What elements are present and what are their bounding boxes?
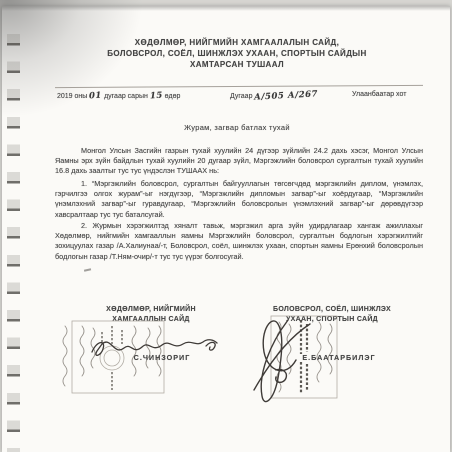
- header-divider: [55, 85, 423, 88]
- document-title: Журам, загвар батлах тухай: [72, 123, 402, 132]
- city-label: Улаанбаатар хот: [352, 91, 406, 98]
- year-label: 2019 оны: [57, 93, 87, 100]
- scanned-document: ХӨДӨЛМӨР, НИЙГМИЙН ХАМГААЛАЛЫН САЙД, БОЛ…: [0, 0, 452, 452]
- document-header: ХӨДӨЛМӨР, НИЙГМИЙН ХАМГААЛАЛЫН САЙД, БОЛ…: [72, 38, 402, 70]
- header-line-3: ХАМТАРСАН ТУШААЛ: [72, 60, 402, 71]
- scan-mark-artifact: [84, 268, 91, 271]
- paragraph-preamble: Монгол Улсын Засгийн газрын тухай хуулий…: [55, 146, 423, 177]
- right-signatory-name: Е.БААТАРБИЛЭГ: [259, 353, 419, 362]
- signature-icon: [248, 316, 326, 408]
- paper-sheet: ХӨДӨЛМӨР, НИЙГМИЙН ХАМГААЛАЛЫН САЙД, БОЛ…: [2, 6, 450, 452]
- number-handwritten: А/505 А/267: [254, 89, 318, 102]
- day-label: өдөр: [165, 93, 181, 100]
- date-field: 2019 оны 01 дугаар сарын 15 өдөр: [57, 91, 180, 101]
- left-signatory-title-line1: ХӨДӨЛМӨР, НИЙГМИЙН: [66, 305, 236, 315]
- month-label: дугаар сарын: [104, 93, 148, 100]
- paragraph-item-1: 1. “Мэргэжлийн боловсрол, сургалтын байг…: [55, 179, 423, 220]
- paragraph-item-2: 2. Журмын хэрэгжилтэд хяналт тавьж, мэрг…: [55, 221, 423, 262]
- number-field: Дугаар А/505 А/267: [230, 91, 318, 101]
- header-line-1: ХӨДӨЛМӨР, НИЙГМИЙН ХАМГААЛАЛЫН САЙД,: [72, 38, 402, 49]
- month-handwritten: 01: [89, 91, 102, 102]
- dateline: 2019 оны 01 дугаар сарын 15 өдөр Дугаар …: [2, 91, 450, 103]
- day-handwritten: 15: [150, 91, 163, 102]
- left-signatory-name: С.ЧИНЗОРИГ: [82, 353, 242, 362]
- number-label: Дугаар: [230, 93, 252, 100]
- header-line-2: БОЛОВСРОЛ, СОЁЛ, ШИНЖЛЭХ УХААН, СПОРТЫН …: [72, 49, 402, 60]
- scan-edge-artifact: [2, 6, 450, 11]
